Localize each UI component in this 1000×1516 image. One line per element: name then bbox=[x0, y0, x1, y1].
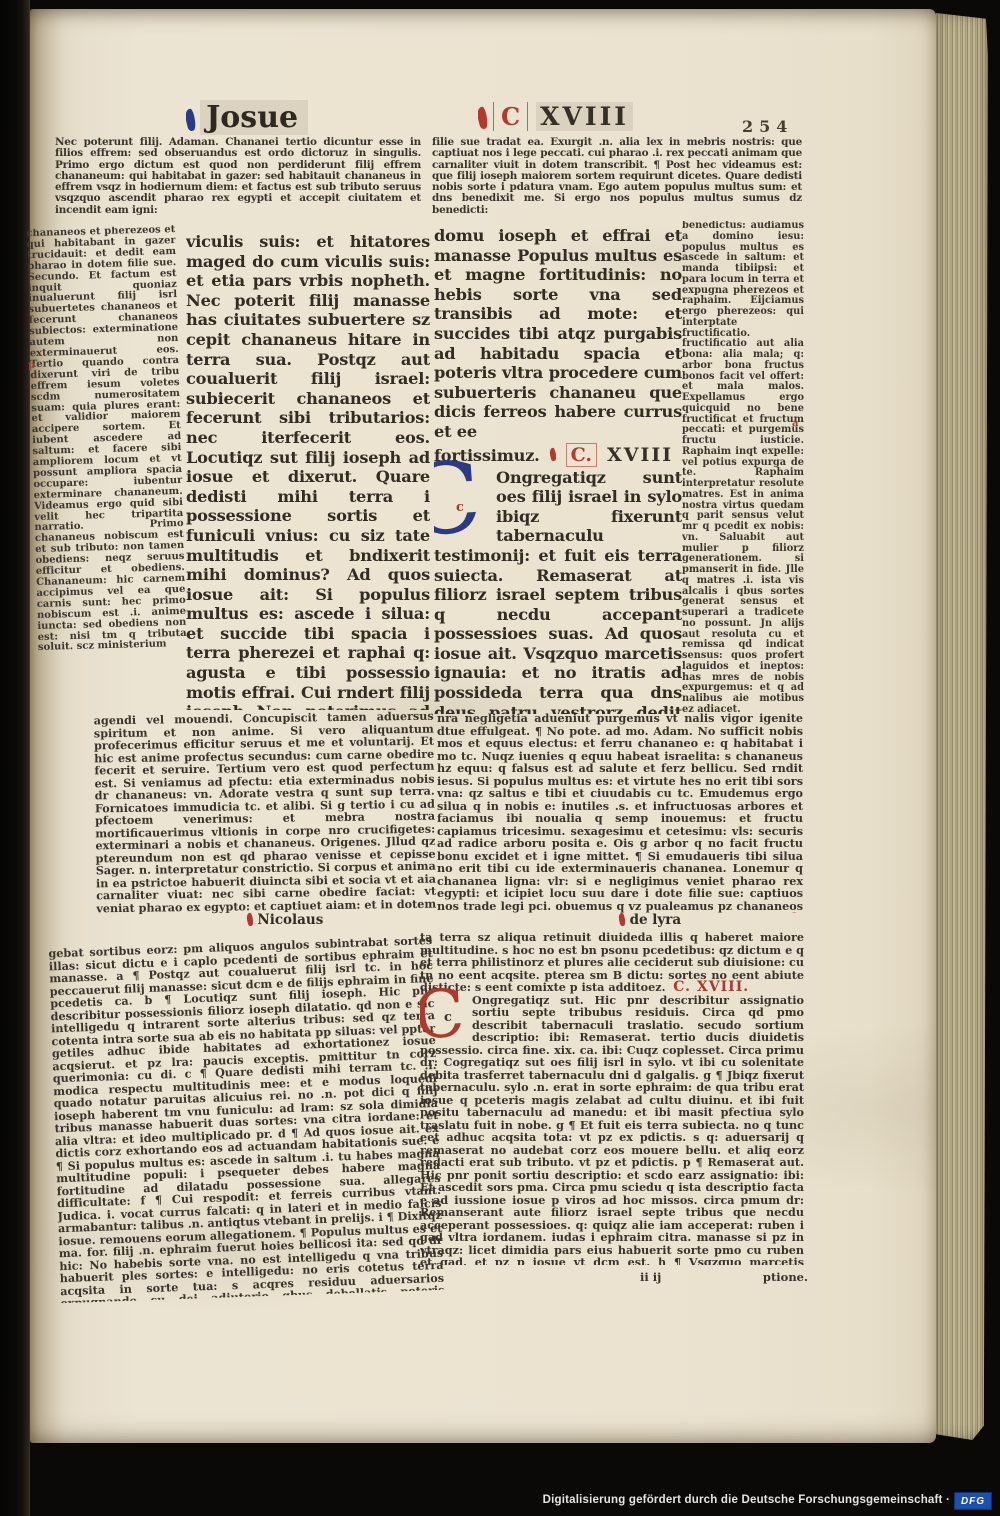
intro-paragraph-left: Nec poterunt filij. Adaman. Chananei ter… bbox=[55, 137, 421, 229]
section-heading-nicolaus: Nicolaus bbox=[140, 912, 430, 928]
red-leaf-pilcrow-icon bbox=[245, 912, 254, 926]
de-lyra-heading-text: de lyra bbox=[630, 912, 682, 928]
quire-signature-row: ii ij ptione. bbox=[640, 1271, 808, 1284]
section-heading-de-lyra: de lyra bbox=[505, 912, 795, 928]
gloss-marker-p: p bbox=[28, 360, 35, 371]
folio-number: 254 bbox=[742, 117, 822, 136]
initial-guide-letter: c bbox=[456, 498, 464, 518]
dfg-logo: DFG bbox=[954, 1492, 992, 1510]
column2-intro: domu ioseph et effrai et manasse Populus… bbox=[434, 226, 682, 442]
bible-text-column-2: domu ioseph et effrai et manasse Populus… bbox=[434, 226, 682, 714]
column2-body: C c Ongregatiqz sunt oes filij israel in… bbox=[434, 468, 682, 714]
digitization-credit: Digitalisierung gefördert durch die Deut… bbox=[543, 1494, 950, 1506]
lower-right-body: C c Ongregatiqz sut. Hic pnr describitur… bbox=[420, 994, 804, 1266]
initial-guide-letter: c bbox=[444, 1012, 452, 1025]
commentary-upper-right: nra negligetia adueniut purgemus vt nali… bbox=[437, 712, 803, 913]
book-spine-shadow bbox=[0, 0, 30, 1516]
red-leaf-pilcrow-icon bbox=[478, 106, 490, 130]
running-head-book-title: Josue bbox=[200, 100, 308, 135]
running-head-chapter: CXVIII bbox=[478, 102, 718, 131]
commentary-lower-right: ta terra sz aliqua retinuit diuideda ill… bbox=[420, 931, 804, 1265]
commentary-upper-right-text: nra negligetia adueniut purgemus vt nali… bbox=[437, 712, 803, 913]
chapter-letter: C bbox=[493, 102, 528, 131]
nicolaus-heading-text: Nicolaus bbox=[257, 912, 323, 928]
page-block-fore-edge bbox=[936, 13, 988, 1440]
lower-right-intro: ta terra sz aliqua retinuit diuideda ill… bbox=[420, 931, 804, 994]
catchword: ptione. bbox=[763, 1271, 808, 1284]
red-leaf-pilcrow-icon bbox=[617, 912, 626, 926]
scanned-book-page: { "running_head": { "book": "Josue", "ch… bbox=[0, 0, 1000, 1516]
marginal-gloss-right: benedictus: audiamus a domino iesu: popu… bbox=[682, 221, 804, 715]
marginal-gloss-left: chananeos et pherezeos et qui habitabant… bbox=[26, 225, 188, 713]
bible-text-column-1: viculis suis: et hitatores maged do cum … bbox=[186, 232, 430, 710]
commentary-lower-left: gebat sortibus eorz: pm aliquos angulos … bbox=[48, 934, 444, 1303]
lower-right-body-text: Ongregatiqz sut. Hic pnr describitur ass… bbox=[420, 993, 804, 1266]
commentary-upper-left: agendi vel mouendi. Concupiscit tamen ad… bbox=[94, 710, 437, 916]
chapter-numeral: XVIII bbox=[536, 102, 633, 131]
gloss-marker-a: a bbox=[792, 418, 798, 429]
quire-signature: ii ij bbox=[640, 1271, 661, 1284]
running-head-book: Josue bbox=[186, 100, 406, 135]
intro-paragraph-right: filie sue tradat ea. Exurgit .n. alia le… bbox=[432, 137, 802, 229]
chapter-heading-numeral: XVIII bbox=[607, 444, 673, 466]
red-leaf-pilcrow-icon bbox=[548, 447, 557, 461]
blue-leaf-pilcrow-icon bbox=[186, 108, 198, 132]
chapter-heading-letter: C. bbox=[566, 443, 597, 467]
